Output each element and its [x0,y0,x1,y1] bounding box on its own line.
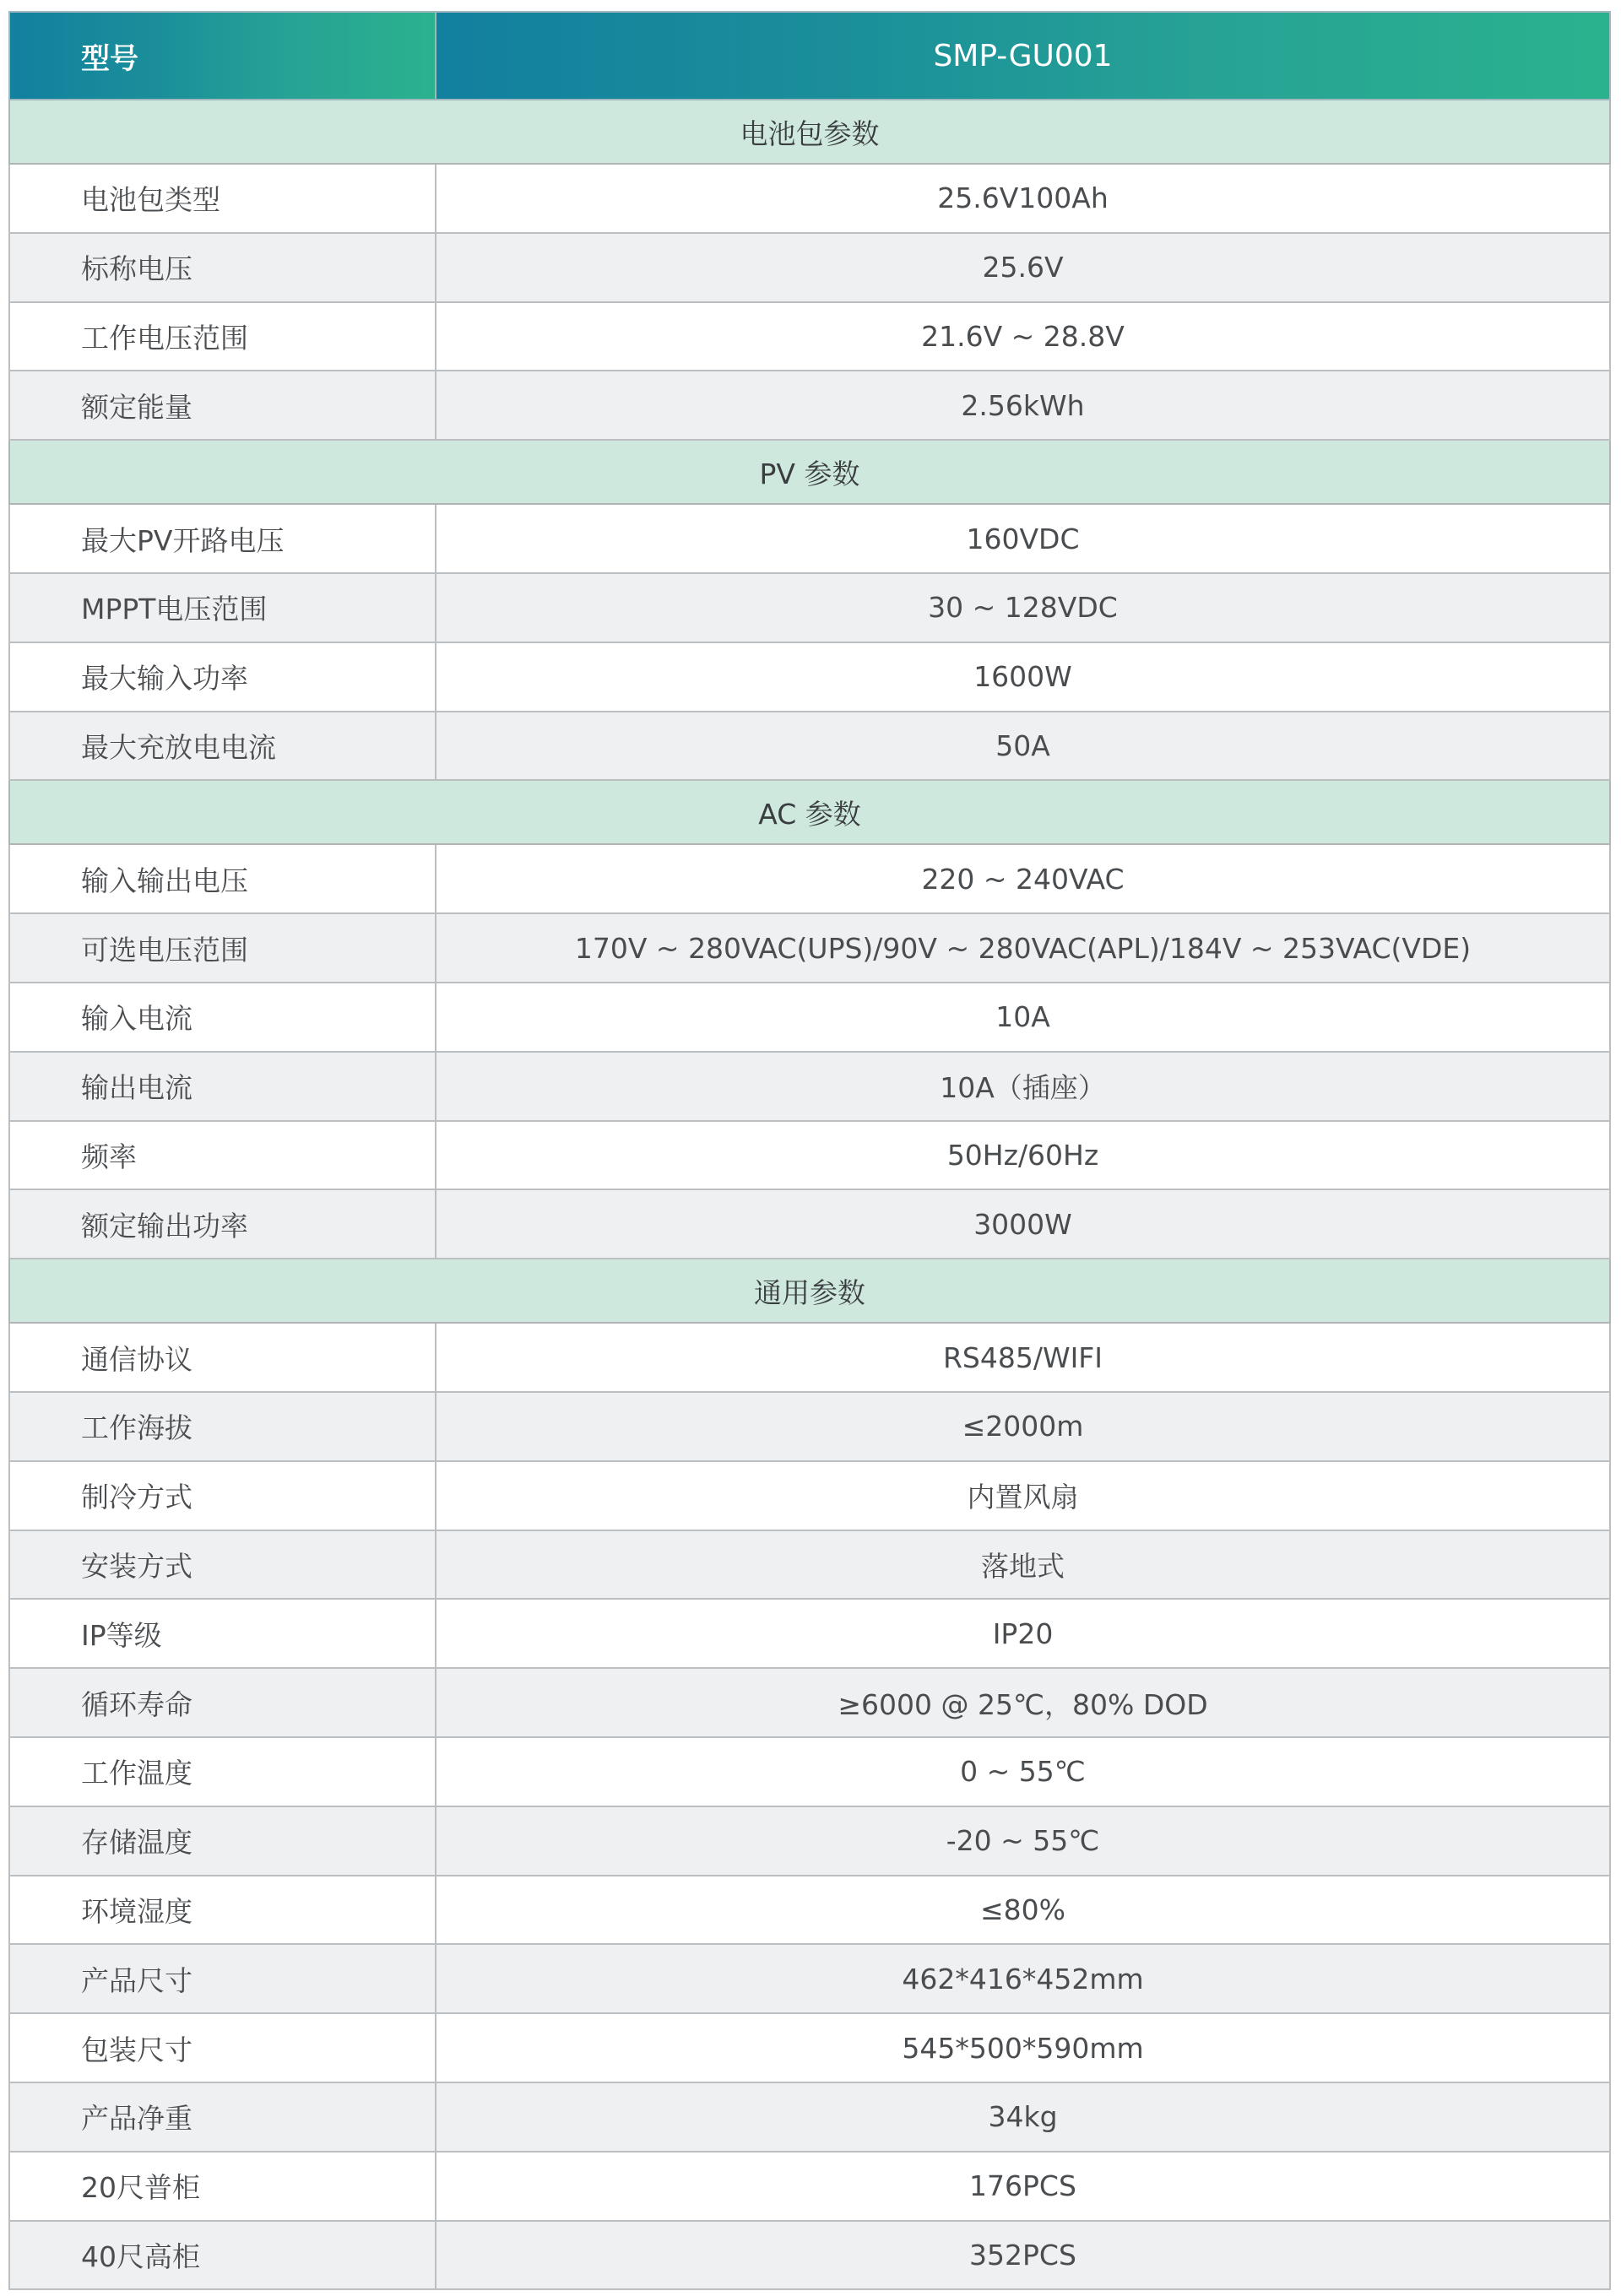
section-row-battery: 电池包参数 [9,100,1610,164]
table-row: 循环寿命≥6000 @ 25℃，80% DOD [9,1668,1610,1737]
table-row: 额定能量2.56kWh [9,371,1610,440]
table-row: 工作温度0 ~ 55℃ [9,1737,1610,1806]
table-row: 制冷方式内置风扇 [9,1461,1610,1530]
spec-label: 工作电压范围 [9,302,436,371]
table-row: 最大充放电电流50A [9,712,1610,781]
spec-value: 160VDC [436,504,1610,573]
spec-label: 工作温度 [9,1737,436,1806]
table-row: 标称电压25.6V [9,233,1610,302]
spec-label: 电池包类型 [9,164,436,233]
spec-label: 频率 [9,1121,436,1190]
header-row: 型号 SMP-GU001 [9,12,1610,100]
table-row: 环境湿度≤80% [9,1876,1610,1945]
table-row: IP等级IP20 [9,1599,1610,1668]
model-label: 型号 [9,12,436,100]
table-row: 输出电流10A（插座） [9,1052,1610,1121]
spec-label: 额定能量 [9,371,436,440]
table-row: 包装尺寸545*500*590mm [9,2013,1610,2082]
spec-label: 产品净重 [9,2082,436,2152]
spec-value: 落地式 [436,1530,1610,1600]
table-row: 额定输出功率3000W [9,1189,1610,1259]
section-row-pv: PV 参数 [9,440,1610,504]
spec-value: 170V ~ 280VAC(UPS)/90V ~ 280VAC(APL)/184… [436,913,1610,983]
section-title: PV 参数 [9,440,1610,504]
spec-label: IP等级 [9,1599,436,1668]
spec-label: 最大充放电电流 [9,712,436,781]
spec-value: 352PCS [436,2221,1610,2290]
table-row: 40尺高柜352PCS [9,2221,1610,2290]
spec-label: 制冷方式 [9,1461,436,1530]
spec-value: 176PCS [436,2152,1610,2221]
spec-label: 输出电流 [9,1052,436,1121]
spec-label: MPPT电压范围 [9,573,436,642]
spec-label: 存储温度 [9,1806,436,1876]
section-title: 电池包参数 [9,100,1610,164]
spec-value: 10A（插座） [436,1052,1610,1121]
spec-label: 环境湿度 [9,1876,436,1945]
table-row: 存储温度-20 ~ 55℃ [9,1806,1610,1876]
table-row: 产品净重34kg [9,2082,1610,2152]
spec-label: 20尺普柜 [9,2152,436,2221]
table-row: 工作电压范围21.6V ~ 28.8V [9,302,1610,371]
spec-table: 型号 SMP-GU001 电池包参数 电池包类型25.6V100Ah 标称电压2… [8,11,1611,2290]
spec-value: 50A [436,712,1610,781]
spec-label: 通信协议 [9,1323,436,1392]
spec-label: 循环寿命 [9,1668,436,1737]
spec-value: 3000W [436,1189,1610,1259]
spec-value: 220 ~ 240VAC [436,844,1610,913]
spec-label: 40尺高柜 [9,2221,436,2290]
spec-value: 21.6V ~ 28.8V [436,302,1610,371]
spec-label: 标称电压 [9,233,436,302]
table-row: 20尺普柜176PCS [9,2152,1610,2221]
table-row: 工作海拔≤2000m [9,1392,1610,1461]
spec-value: 34kg [436,2082,1610,2152]
spec-value: 25.6V100Ah [436,164,1610,233]
spec-label: 输入电流 [9,983,436,1052]
spec-label: 最大输入功率 [9,642,436,712]
spec-value: -20 ~ 55℃ [436,1806,1610,1876]
spec-value: 2.56kWh [436,371,1610,440]
table-row: 电池包类型25.6V100Ah [9,164,1610,233]
spec-label: 最大PV开路电压 [9,504,436,573]
table-row: 最大PV开路电压160VDC [9,504,1610,573]
spec-value: 545*500*590mm [436,2013,1610,2082]
spec-value: 50Hz/60Hz [436,1121,1610,1190]
section-title: 通用参数 [9,1259,1610,1323]
spec-value: 30 ~ 128VDC [436,573,1610,642]
spec-value: 内置风扇 [436,1461,1610,1530]
table-row: 通信协议RS485/WIFI [9,1323,1610,1392]
spec-value: 1600W [436,642,1610,712]
section-row-general: 通用参数 [9,1259,1610,1323]
section-title: AC 参数 [9,780,1610,844]
spec-value: IP20 [436,1599,1610,1668]
spec-label: 包装尺寸 [9,2013,436,2082]
spec-value: ≤2000m [436,1392,1610,1461]
table-row: 频率50Hz/60Hz [9,1121,1610,1190]
table-row: 输入电流10A [9,983,1610,1052]
spec-label: 可选电压范围 [9,913,436,983]
table-row: 输入输出电压220 ~ 240VAC [9,844,1610,913]
spec-value: 462*416*452mm [436,1944,1610,2013]
spec-label: 工作海拔 [9,1392,436,1461]
spec-label: 输入输出电压 [9,844,436,913]
section-row-ac: AC 参数 [9,780,1610,844]
table-row: 最大输入功率1600W [9,642,1610,712]
spec-value: 0 ~ 55℃ [436,1737,1610,1806]
table-row: MPPT电压范围30 ~ 128VDC [9,573,1610,642]
spec-label: 额定输出功率 [9,1189,436,1259]
spec-value: 25.6V [436,233,1610,302]
table-row: 可选电压范围170V ~ 280VAC(UPS)/90V ~ 280VAC(AP… [9,913,1610,983]
spec-value: ≥6000 @ 25℃，80% DOD [436,1668,1610,1737]
spec-label: 安装方式 [9,1530,436,1600]
table-row: 产品尺寸462*416*452mm [9,1944,1610,2013]
spec-label: 产品尺寸 [9,1944,436,2013]
model-value: SMP-GU001 [436,12,1610,100]
table-row: 安装方式落地式 [9,1530,1610,1600]
spec-value: RS485/WIFI [436,1323,1610,1392]
spec-value: ≤80% [436,1876,1610,1945]
spec-value: 10A [436,983,1610,1052]
